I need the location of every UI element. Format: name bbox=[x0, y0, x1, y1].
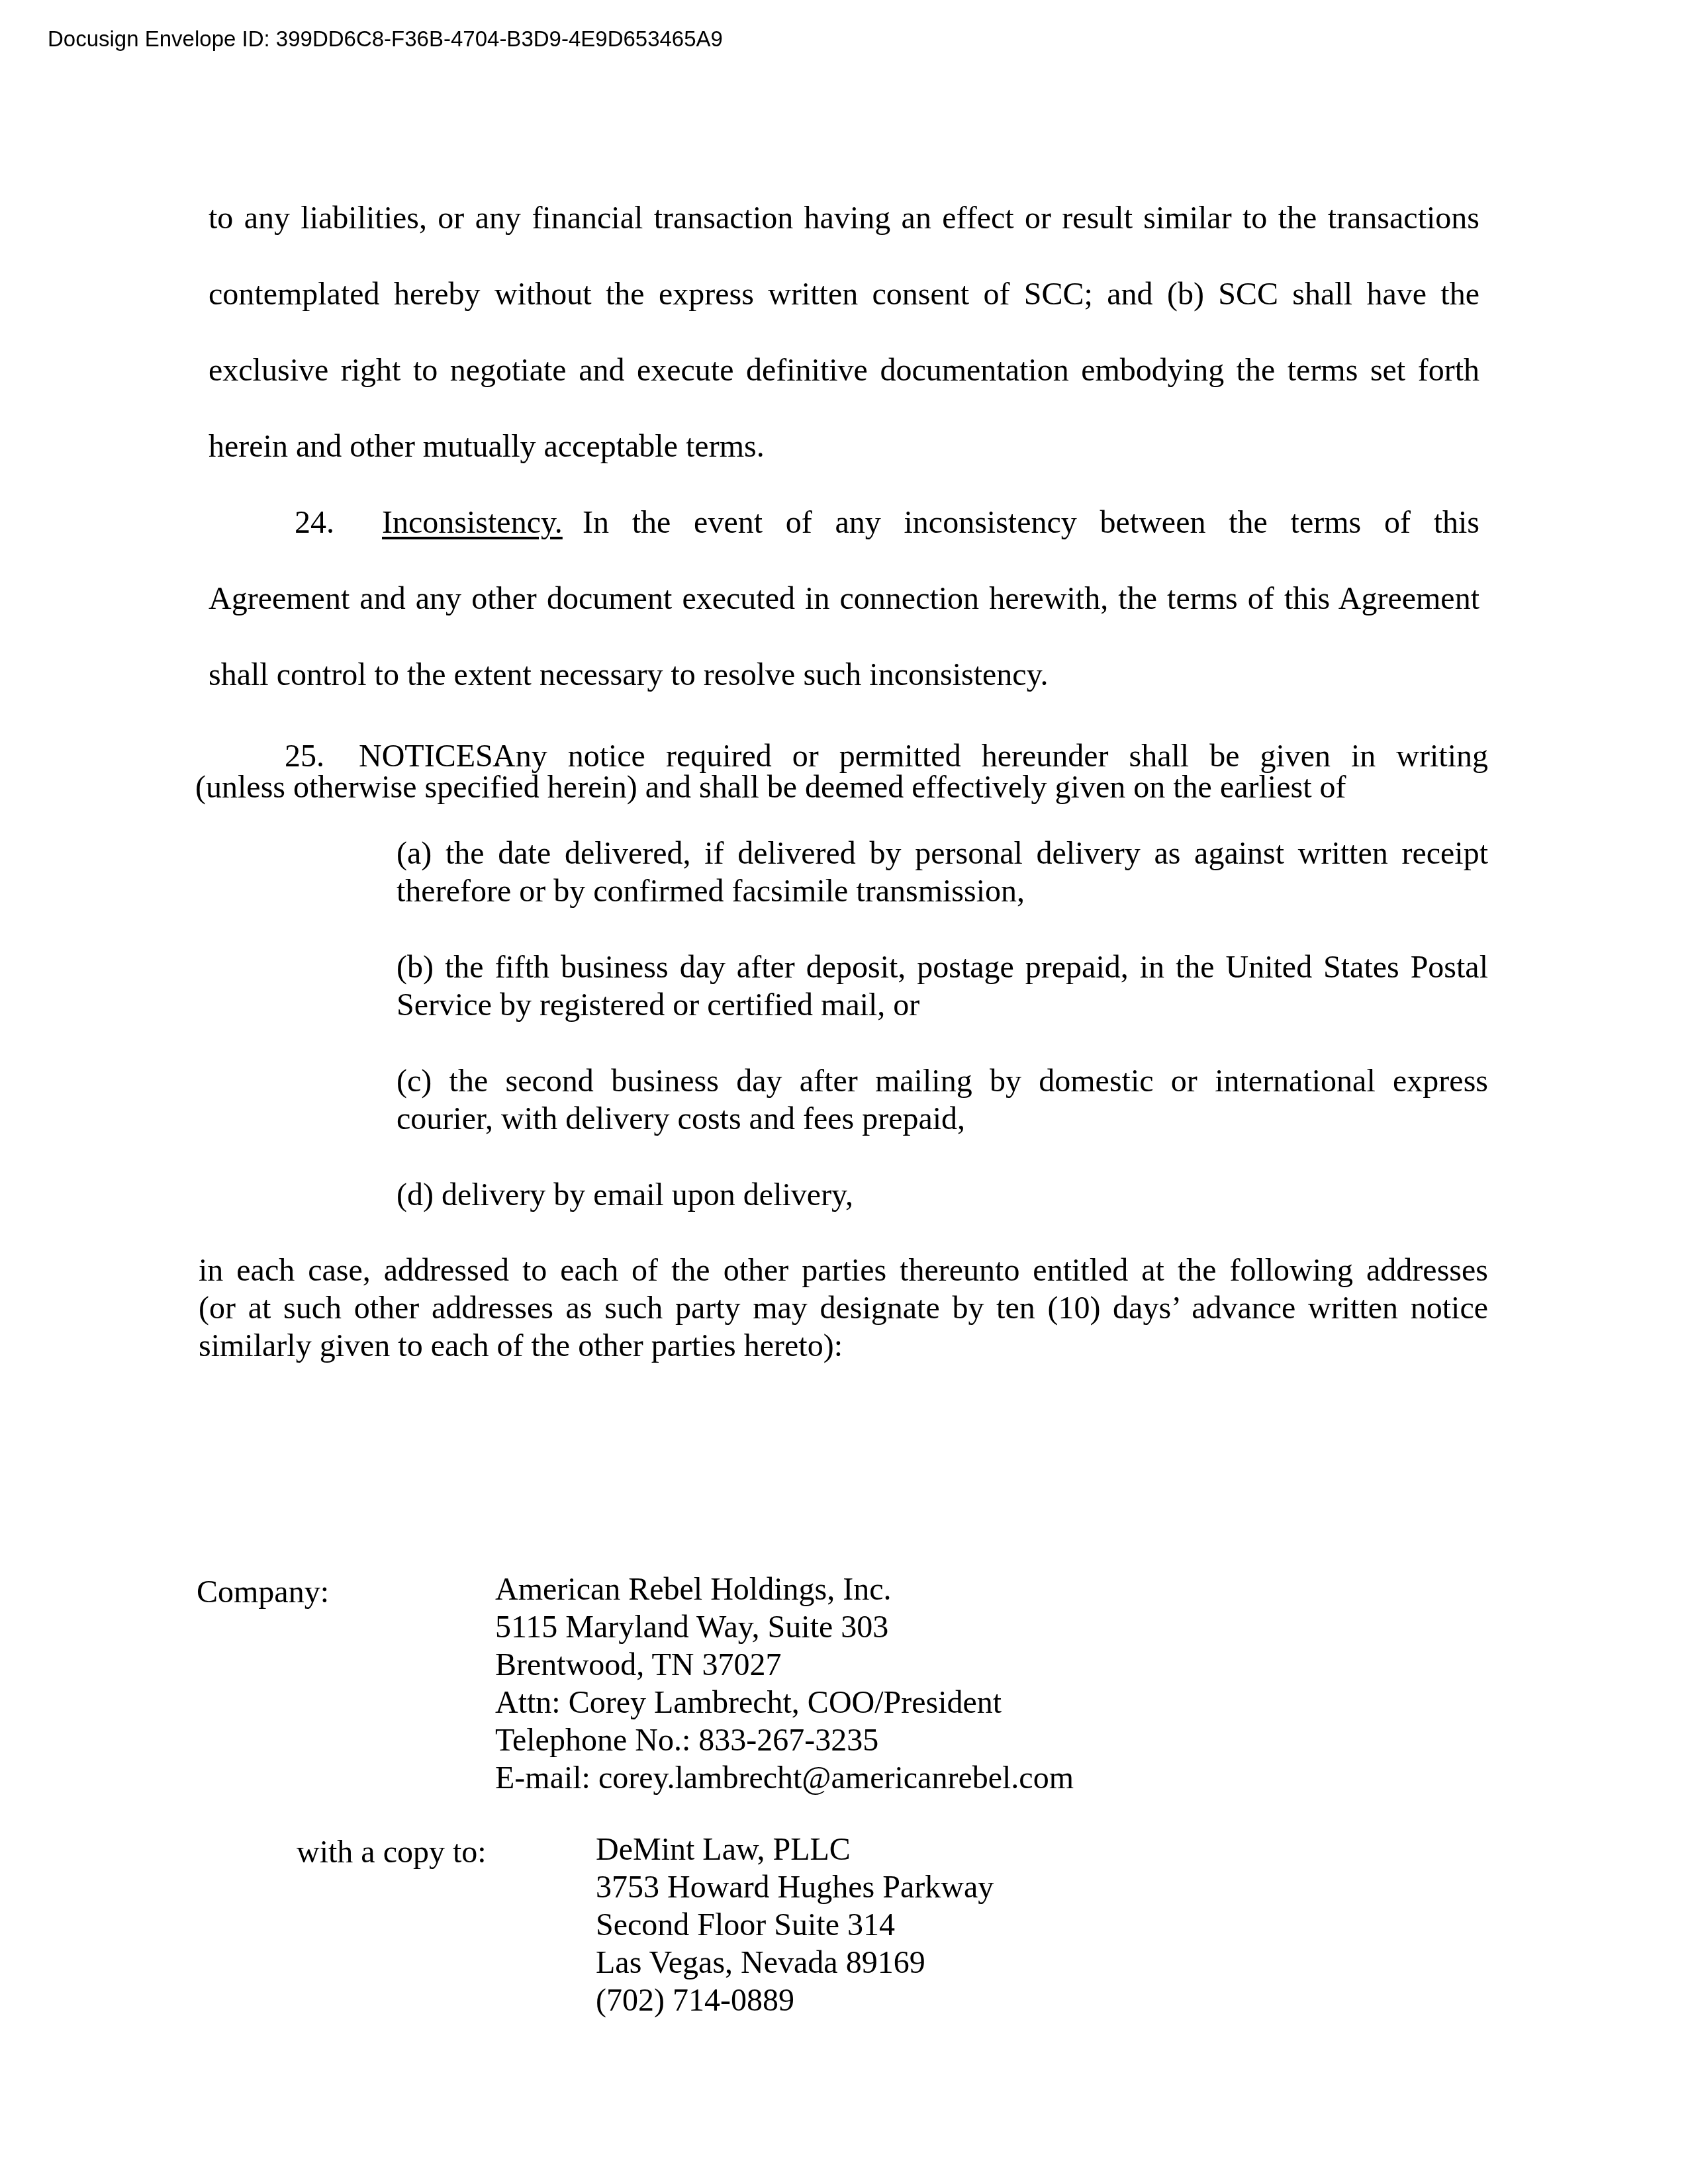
paragraph-line: shall control to the extent necessary to… bbox=[209, 659, 1049, 691]
company-street: 5115 Maryland Way, Suite 303 bbox=[495, 1608, 1074, 1646]
copy-firm: DeMint Law, PLLC bbox=[596, 1831, 994, 1868]
notice-item-line: (b) the fifth business day after deposit… bbox=[397, 952, 1488, 983]
copy-street: 3753 Howard Hughes Parkway bbox=[596, 1868, 994, 1906]
section-number: 24. bbox=[295, 507, 334, 539]
paragraph-line: contemplated hereby without the express … bbox=[209, 279, 1479, 310]
notice-item-line: Service by registered or certified mail,… bbox=[397, 989, 919, 1021]
docusign-envelope-id: Docusign Envelope ID: 399DD6C8-F36B-4704… bbox=[48, 26, 723, 52]
section-number: 25. bbox=[285, 741, 324, 772]
paragraph-line: In the event of any inconsistency betwee… bbox=[583, 507, 1479, 539]
notice-item-line: (d) delivery by email upon delivery, bbox=[397, 1179, 853, 1211]
company-attn: Attn: Corey Lambrecht, COO/President bbox=[495, 1684, 1074, 1721]
paragraph-line: (or at such other addresses as such part… bbox=[199, 1293, 1488, 1324]
paragraph-line: (unless otherwise specified herein) and … bbox=[195, 772, 1346, 803]
paragraph-line: Agreement and any other document execute… bbox=[209, 583, 1479, 615]
notice-item-line: therefore or by confirmed facsimile tran… bbox=[397, 876, 1025, 907]
company-email: E-mail: corey.lambrecht@americanrebel.co… bbox=[495, 1759, 1074, 1797]
company-city: Brentwood, TN 37027 bbox=[495, 1646, 1074, 1684]
copy-phone: (702) 714-0889 bbox=[596, 1981, 994, 2019]
company-phone: Telephone No.: 833-267-3235 bbox=[495, 1721, 1074, 1759]
section-heading: NOTICES. bbox=[359, 741, 501, 772]
paragraph-line: exclusive right to negotiate and execute… bbox=[209, 355, 1479, 387]
paragraph-line: Any notice required or permitted hereund… bbox=[492, 741, 1488, 772]
copy-suite: Second Floor Suite 314 bbox=[596, 1906, 994, 1944]
company-name: American Rebel Holdings, Inc. bbox=[495, 1570, 1074, 1608]
copy-city: Las Vegas, Nevada 89169 bbox=[596, 1944, 994, 1981]
paragraph-line: herein and other mutually acceptable ter… bbox=[209, 431, 765, 463]
company-address: American Rebel Holdings, Inc. 5115 Maryl… bbox=[495, 1570, 1074, 1797]
notice-item-line: (c) the second business day after mailin… bbox=[397, 1066, 1488, 1097]
notice-item-line: (a) the date delivered, if delivered by … bbox=[397, 838, 1488, 870]
paragraph-line: similarly given to each of the other par… bbox=[199, 1330, 843, 1362]
notice-item-line: courier, with delivery costs and fees pr… bbox=[397, 1103, 965, 1135]
section-heading: Inconsistency. bbox=[382, 507, 563, 539]
paragraph-line: in each case, addressed to each of the o… bbox=[199, 1255, 1488, 1287]
copy-address: DeMint Law, PLLC 3753 Howard Hughes Park… bbox=[596, 1831, 994, 2019]
copy-label: with a copy to: bbox=[297, 1837, 487, 1868]
paragraph-line: to any liabilities, or any financial tra… bbox=[209, 203, 1479, 234]
document-page: Docusign Envelope ID: 399DD6C8-F36B-4704… bbox=[0, 0, 1688, 2184]
company-label: Company: bbox=[197, 1576, 329, 1608]
